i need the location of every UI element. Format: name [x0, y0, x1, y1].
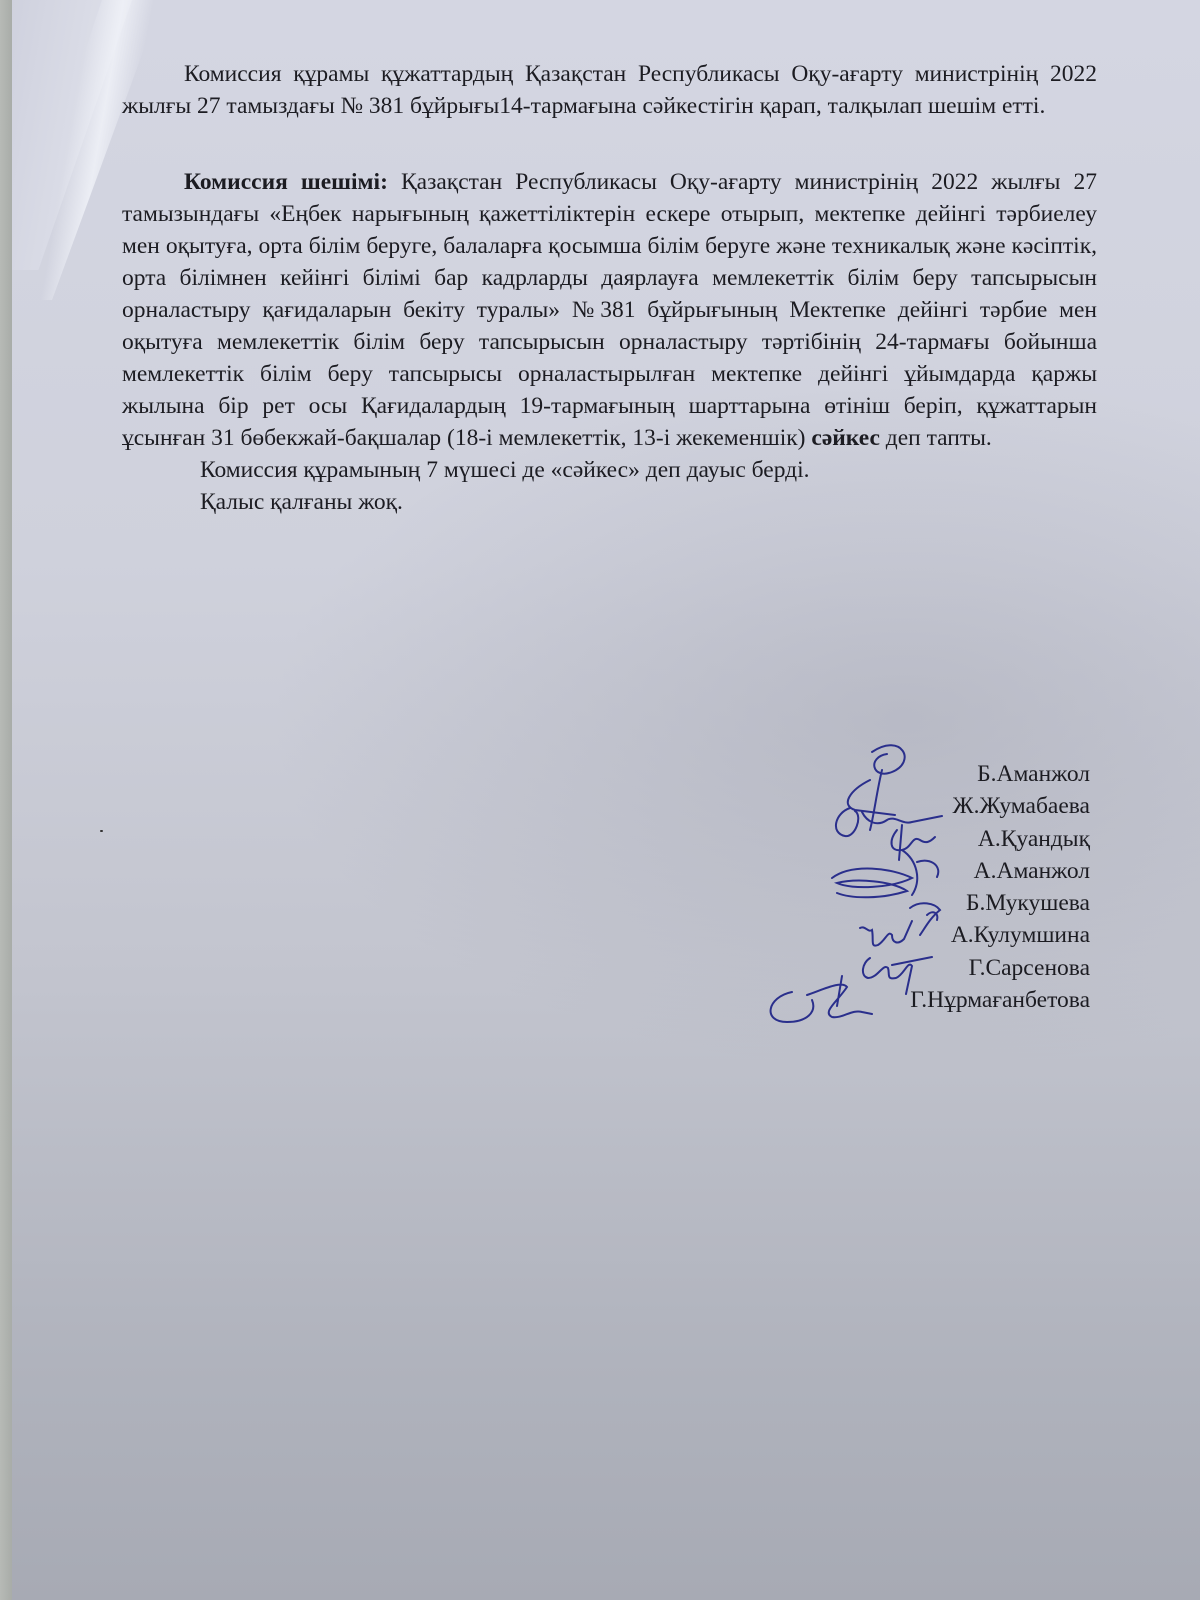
- decision-ending: деп тапты.: [880, 425, 992, 451]
- signer-name: Б.Мукушева: [910, 887, 1090, 919]
- paper-speck: [100, 830, 103, 832]
- decision-label: Комиссия шешімі:: [184, 169, 388, 195]
- signer-name: А.Қуандық: [910, 823, 1090, 855]
- intro-paragraph: Комиссия құрамы құжаттардың Қазақстан Ре…: [122, 58, 1097, 122]
- signer-name: А.Кулумшина: [910, 919, 1090, 951]
- paragraph-gap: [122, 122, 1097, 166]
- decision-paragraph: Комиссия шешімі: Қазақстан Республикасы …: [122, 166, 1097, 454]
- document-body: Комиссия құрамы құжаттардың Қазақстан Ре…: [122, 58, 1097, 518]
- signer-name: Ж.Жумабаева: [910, 790, 1090, 822]
- decision-verdict: сәйкес: [811, 425, 880, 451]
- signers-list: Б.Аманжол Ж.Жумабаева А.Қуандық А.Аманжо…: [910, 758, 1090, 1016]
- abstain-line: Қалыс қалғаны жоқ.: [122, 486, 1097, 518]
- signer-name: Б.Аманжол: [910, 758, 1090, 790]
- signer-name: А.Аманжол: [910, 855, 1090, 887]
- signer-name: Г.Сарсенова: [910, 952, 1090, 984]
- document-page: Комиссия құрамы құжаттардың Қазақстан Ре…: [12, 0, 1200, 1600]
- decision-text: Қазақстан Республикасы Оқу-ағарту минист…: [122, 169, 1097, 451]
- signer-name: Г.Нұрмағанбетова: [910, 984, 1090, 1016]
- vote-line: Комиссия құрамының 7 мүшесі де «сәйкес» …: [122, 454, 1097, 486]
